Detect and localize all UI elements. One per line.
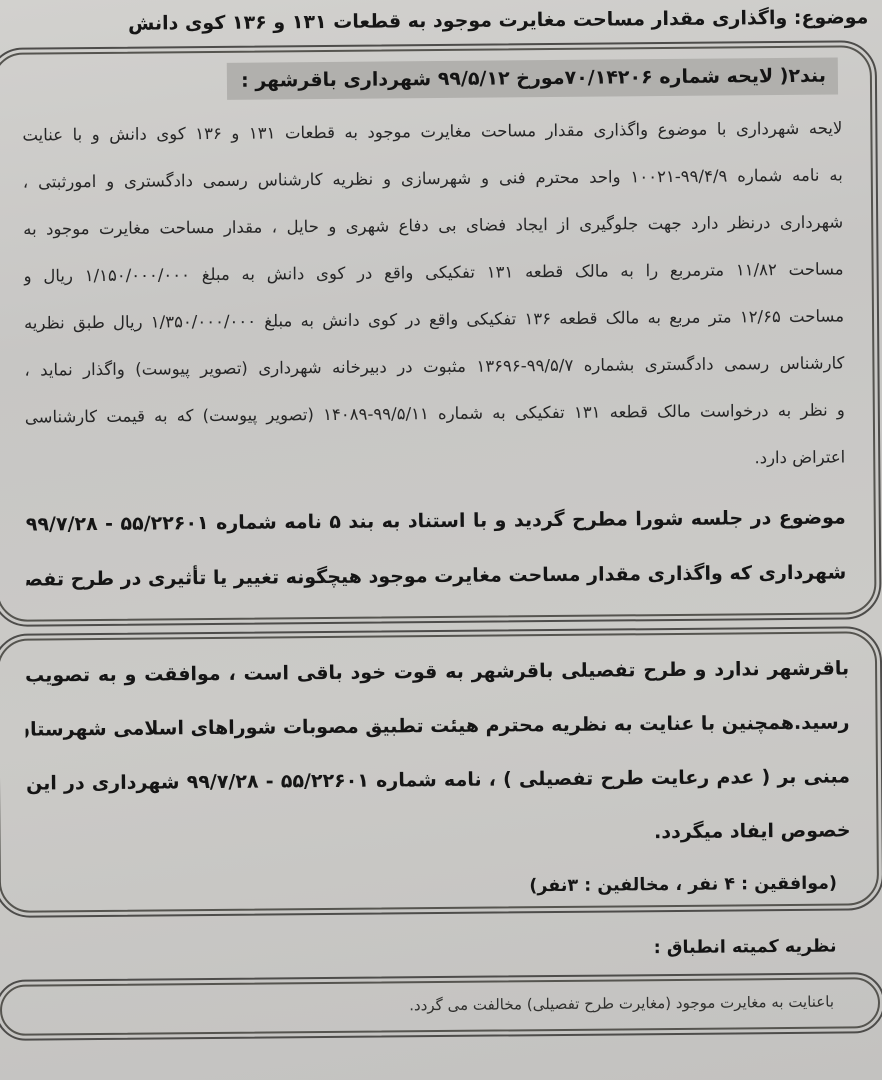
committee-opinion-text: باعنایت به مغایرت موجود (مغایرت طرح تفصی… <box>22 989 834 1022</box>
body-line: کارشناس رسمی دادگستری بشماره ۹۹/۵/۷-۱۳۶۹… <box>24 339 844 393</box>
clause-header-highlight: بند۲( لایحه شماره ۷۰/۱۴۲۰۶مورخ ۹۹/۵/۱۲ ش… <box>227 58 838 100</box>
approval-line: خصوص ایفاد میگردد. <box>26 803 850 864</box>
resolution-line: شهرداری که واگذاری مقدار مساحت مغایرت مو… <box>26 545 846 607</box>
clause-box-inner: بند۲( لایحه شماره ۷۰/۱۴۲۰۶مورخ ۹۹/۵/۱۲ ش… <box>0 45 877 622</box>
council-resolution-paragraph: موضوع در جلسه شورا مطرح گردید و با استنا… <box>26 490 847 607</box>
approval-line: رسید.همچنین با عنایت به نظریه محترم هیئت… <box>25 695 849 756</box>
body-line: به نامه شماره ۹۹/۴/۹-۱۰۰۲۱ واحد محترم فن… <box>23 151 843 205</box>
subject-line: موضوع: واگذاری مقدار مساحت مغایرت موجود … <box>0 0 878 36</box>
approval-line: مبنی بر ( عدم رعایت طرح تفصیلی ) ، نامه … <box>26 749 850 810</box>
clause-header: بند۲( لایحه شماره ۷۰/۱۴۲۰۶مورخ ۹۹/۵/۱۲ ش… <box>20 58 838 102</box>
body-line: و نظر به درخواست مالک قطعه ۱۳۱ تفکیکی به… <box>25 386 845 440</box>
body-line: اعتراض دارد. <box>25 433 845 487</box>
vote-count-line: (موافقین : ۴ نفر ، مخالفین : ۳نفر) <box>27 873 851 900</box>
approval-box-inner: باقرشهر ندارد و طرح تفصیلی باقرشهر به قو… <box>0 631 879 913</box>
body-line: مساحت ۱۲/۶۵ متر مربع به مالک قطعه ۱۳۶ تف… <box>24 292 844 346</box>
approval-line: باقرشهر ندارد و طرح تفصیلی باقرشهر به قو… <box>25 641 849 702</box>
body-line: شهرداری درنظر دارد جهت جلوگیری از ایجاد … <box>23 198 843 252</box>
committee-opinion-box: باعنایت به مغایرت موجود (مغایرت طرح تفصی… <box>0 972 882 1041</box>
committee-opinion-box-inner: باعنایت به مغایرت موجود (مغایرت طرح تفصی… <box>0 977 880 1036</box>
scanned-document-sheet: موضوع: واگذاری مقدار مساحت مغایرت موجود … <box>0 0 882 1080</box>
approval-box: باقرشهر ندارد و طرح تفصیلی باقرشهر به قو… <box>0 626 882 918</box>
body-line: مساحت ۱۱/۸۲ مترمربع را به مالک قطعه ۱۳۱ … <box>23 245 843 299</box>
clause-body-paragraph: لایحه شهرداری با موضوع واگذاری مقدار مسا… <box>22 104 845 487</box>
resolution-line: موضوع در جلسه شورا مطرح گردید و با استنا… <box>26 490 846 552</box>
clause-box: بند۲( لایحه شماره ۷۰/۱۴۲۰۶مورخ ۹۹/۵/۱۲ ش… <box>0 40 882 627</box>
committee-opinion-heading: نظریه کمیته انطباق : <box>4 937 836 964</box>
body-line: لایحه شهرداری با موضوع واگذاری مقدار مسا… <box>22 104 842 158</box>
